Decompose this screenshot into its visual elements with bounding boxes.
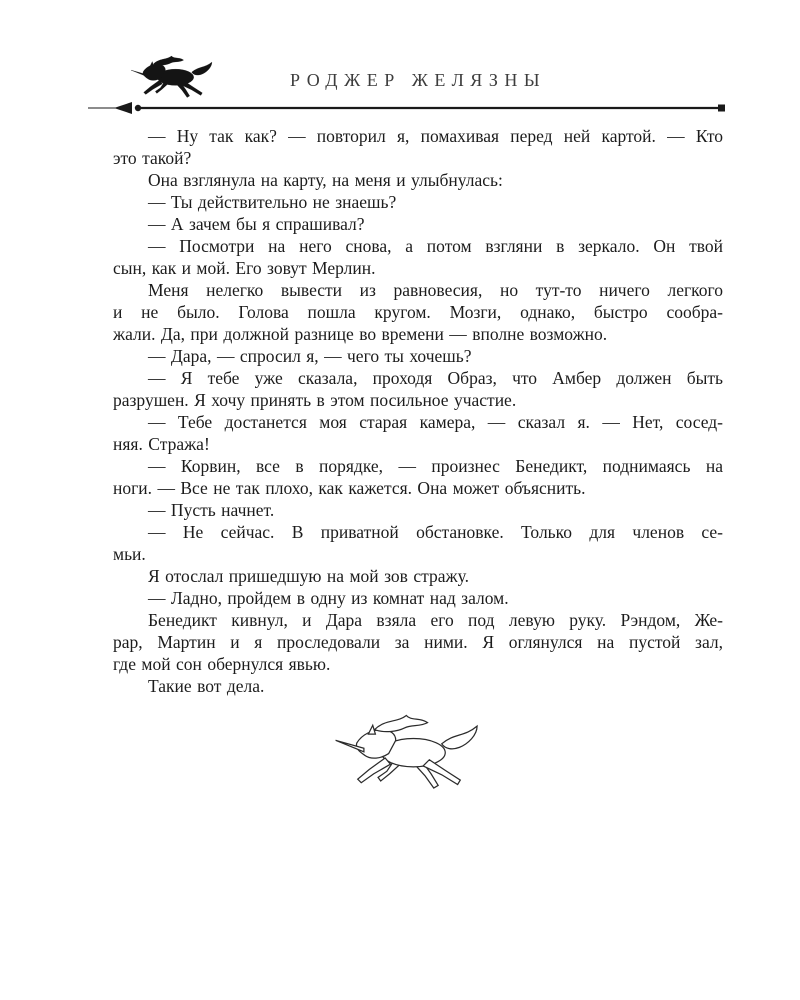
text-line: — Не сейчас. В приватной обстановке. Тол… (113, 521, 723, 543)
running-head-author: РОДЖЕР ЖЕЛЯЗНЫ (113, 70, 723, 91)
text-line: и не было. Голова пошла кругом. Мозги, о… (113, 301, 723, 323)
text-line: рар, Мартин и я проследовали за ними. Я … (113, 631, 723, 653)
text-line: — Я тебе уже сказала, проходя Образ, что… (113, 367, 723, 389)
text-line: — Пусть начнет. (113, 499, 723, 521)
text-line: Я отослал пришедшую на мой зов стражу. (113, 565, 723, 587)
text-line: — Дара, — спросил я, — чего ты хочешь? (113, 345, 723, 367)
book-page: РОДЖЕР ЖЕЛЯЗНЫ — Ну так как? — повторил … (0, 0, 800, 1000)
text-line: где мой сон обернулся явью. (113, 653, 723, 675)
text-line: — Ты действительно не знаешь? (113, 191, 723, 213)
text-line: Она взглянула на карту, на меня и улыбну… (113, 169, 723, 191)
text-line: жали. Да, при должной разнице во времени… (113, 323, 723, 345)
text-line: Такие вот дела. (113, 675, 723, 697)
text-line: — Корвин, все в порядке, — произнес Бене… (113, 455, 723, 477)
text-line: мьи. (113, 543, 723, 565)
text-line: няя. Стража! (113, 433, 723, 455)
text-line: разрушен. Я хочу принять в этом посильно… (113, 389, 723, 411)
text-line: — Посмотри на него снова, а потом взглян… (113, 235, 723, 257)
text-line: — Тебе достанется моя старая камера, — с… (113, 411, 723, 433)
text-line: — Ладно, пройдем в одну из комнат над за… (113, 587, 723, 609)
text-line: ноги. — Все не так плохо, как кажется. О… (113, 477, 723, 499)
text-line: — А зачем бы я спрашивал? (113, 213, 723, 235)
text-line: это такой? (113, 147, 723, 169)
text-line: Меня нелегко вывести из равновесия, но т… (113, 279, 723, 301)
divider-rule (88, 100, 730, 116)
unicorn-line-art (328, 712, 490, 796)
text-line: Бенедикт кивнул, и Дара взяла его под ле… (113, 609, 723, 631)
text-line: сын, как и мой. Его зовут Мерлин. (113, 257, 723, 279)
body-text: — Ну так как? — повторил я, помахивая пе… (113, 125, 723, 697)
text-line: — Ну так как? — повторил я, помахивая пе… (113, 125, 723, 147)
